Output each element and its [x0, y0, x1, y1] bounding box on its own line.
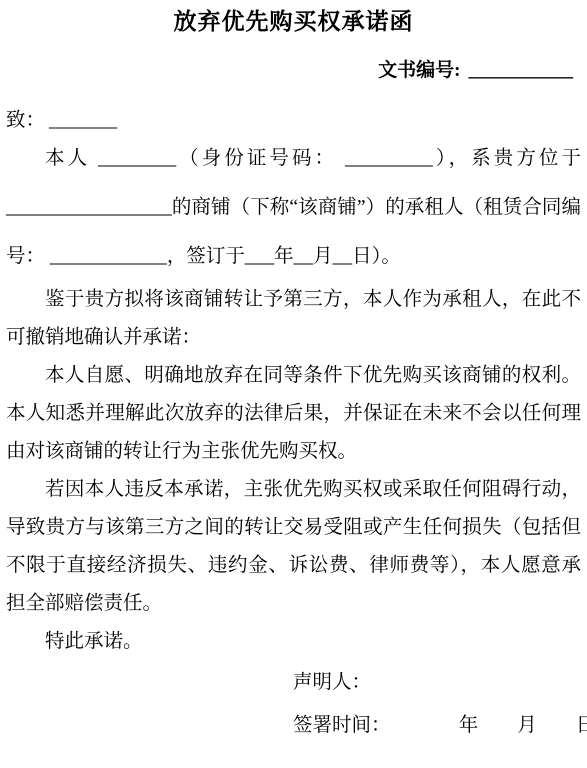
paragraph-identity: 本人 ________（身份证号码： _________），系贵方位于_____… [6, 134, 581, 281]
document-title: 放弃优先购买权承诺函 [6, 6, 581, 38]
paragraph-liability: 若因本人违反本承诺，主张优先购买权或采取任何阻碍行动，导致贵方与该第三方之间的转… [6, 471, 581, 623]
salutation-line: 致：_______ [6, 108, 581, 134]
salutation-label: 致： [6, 110, 45, 131]
paragraph-whereas: 鉴于贵方拟将该商铺转让予第三方，本人作为承租人，在此不可撤销地确认并承诺： [6, 281, 581, 357]
doc-number-blank: ___________ [469, 60, 574, 81]
signing-date-line: 签署时间： 年 月 日 [293, 704, 581, 747]
doc-number-label: 文书编号: [378, 60, 460, 81]
salutation-blank: _______ [49, 110, 117, 131]
paragraph-waiver: 本人自愿、明确地放弃在同等条件下优先购买该商铺的权利。本人知悉并理解此次放弃的法… [6, 357, 581, 471]
declarant-label: 声明人： [293, 661, 581, 704]
paragraph-closing: 特此承诺。 [6, 623, 581, 661]
document-page: 放弃优先购买权承诺函 文书编号:___________ 致：_______ 本人… [0, 0, 587, 768]
signature-block: 声明人： 签署时间： 年 月 日 [293, 661, 581, 747]
doc-number-line: 文书编号:___________ [6, 58, 581, 84]
